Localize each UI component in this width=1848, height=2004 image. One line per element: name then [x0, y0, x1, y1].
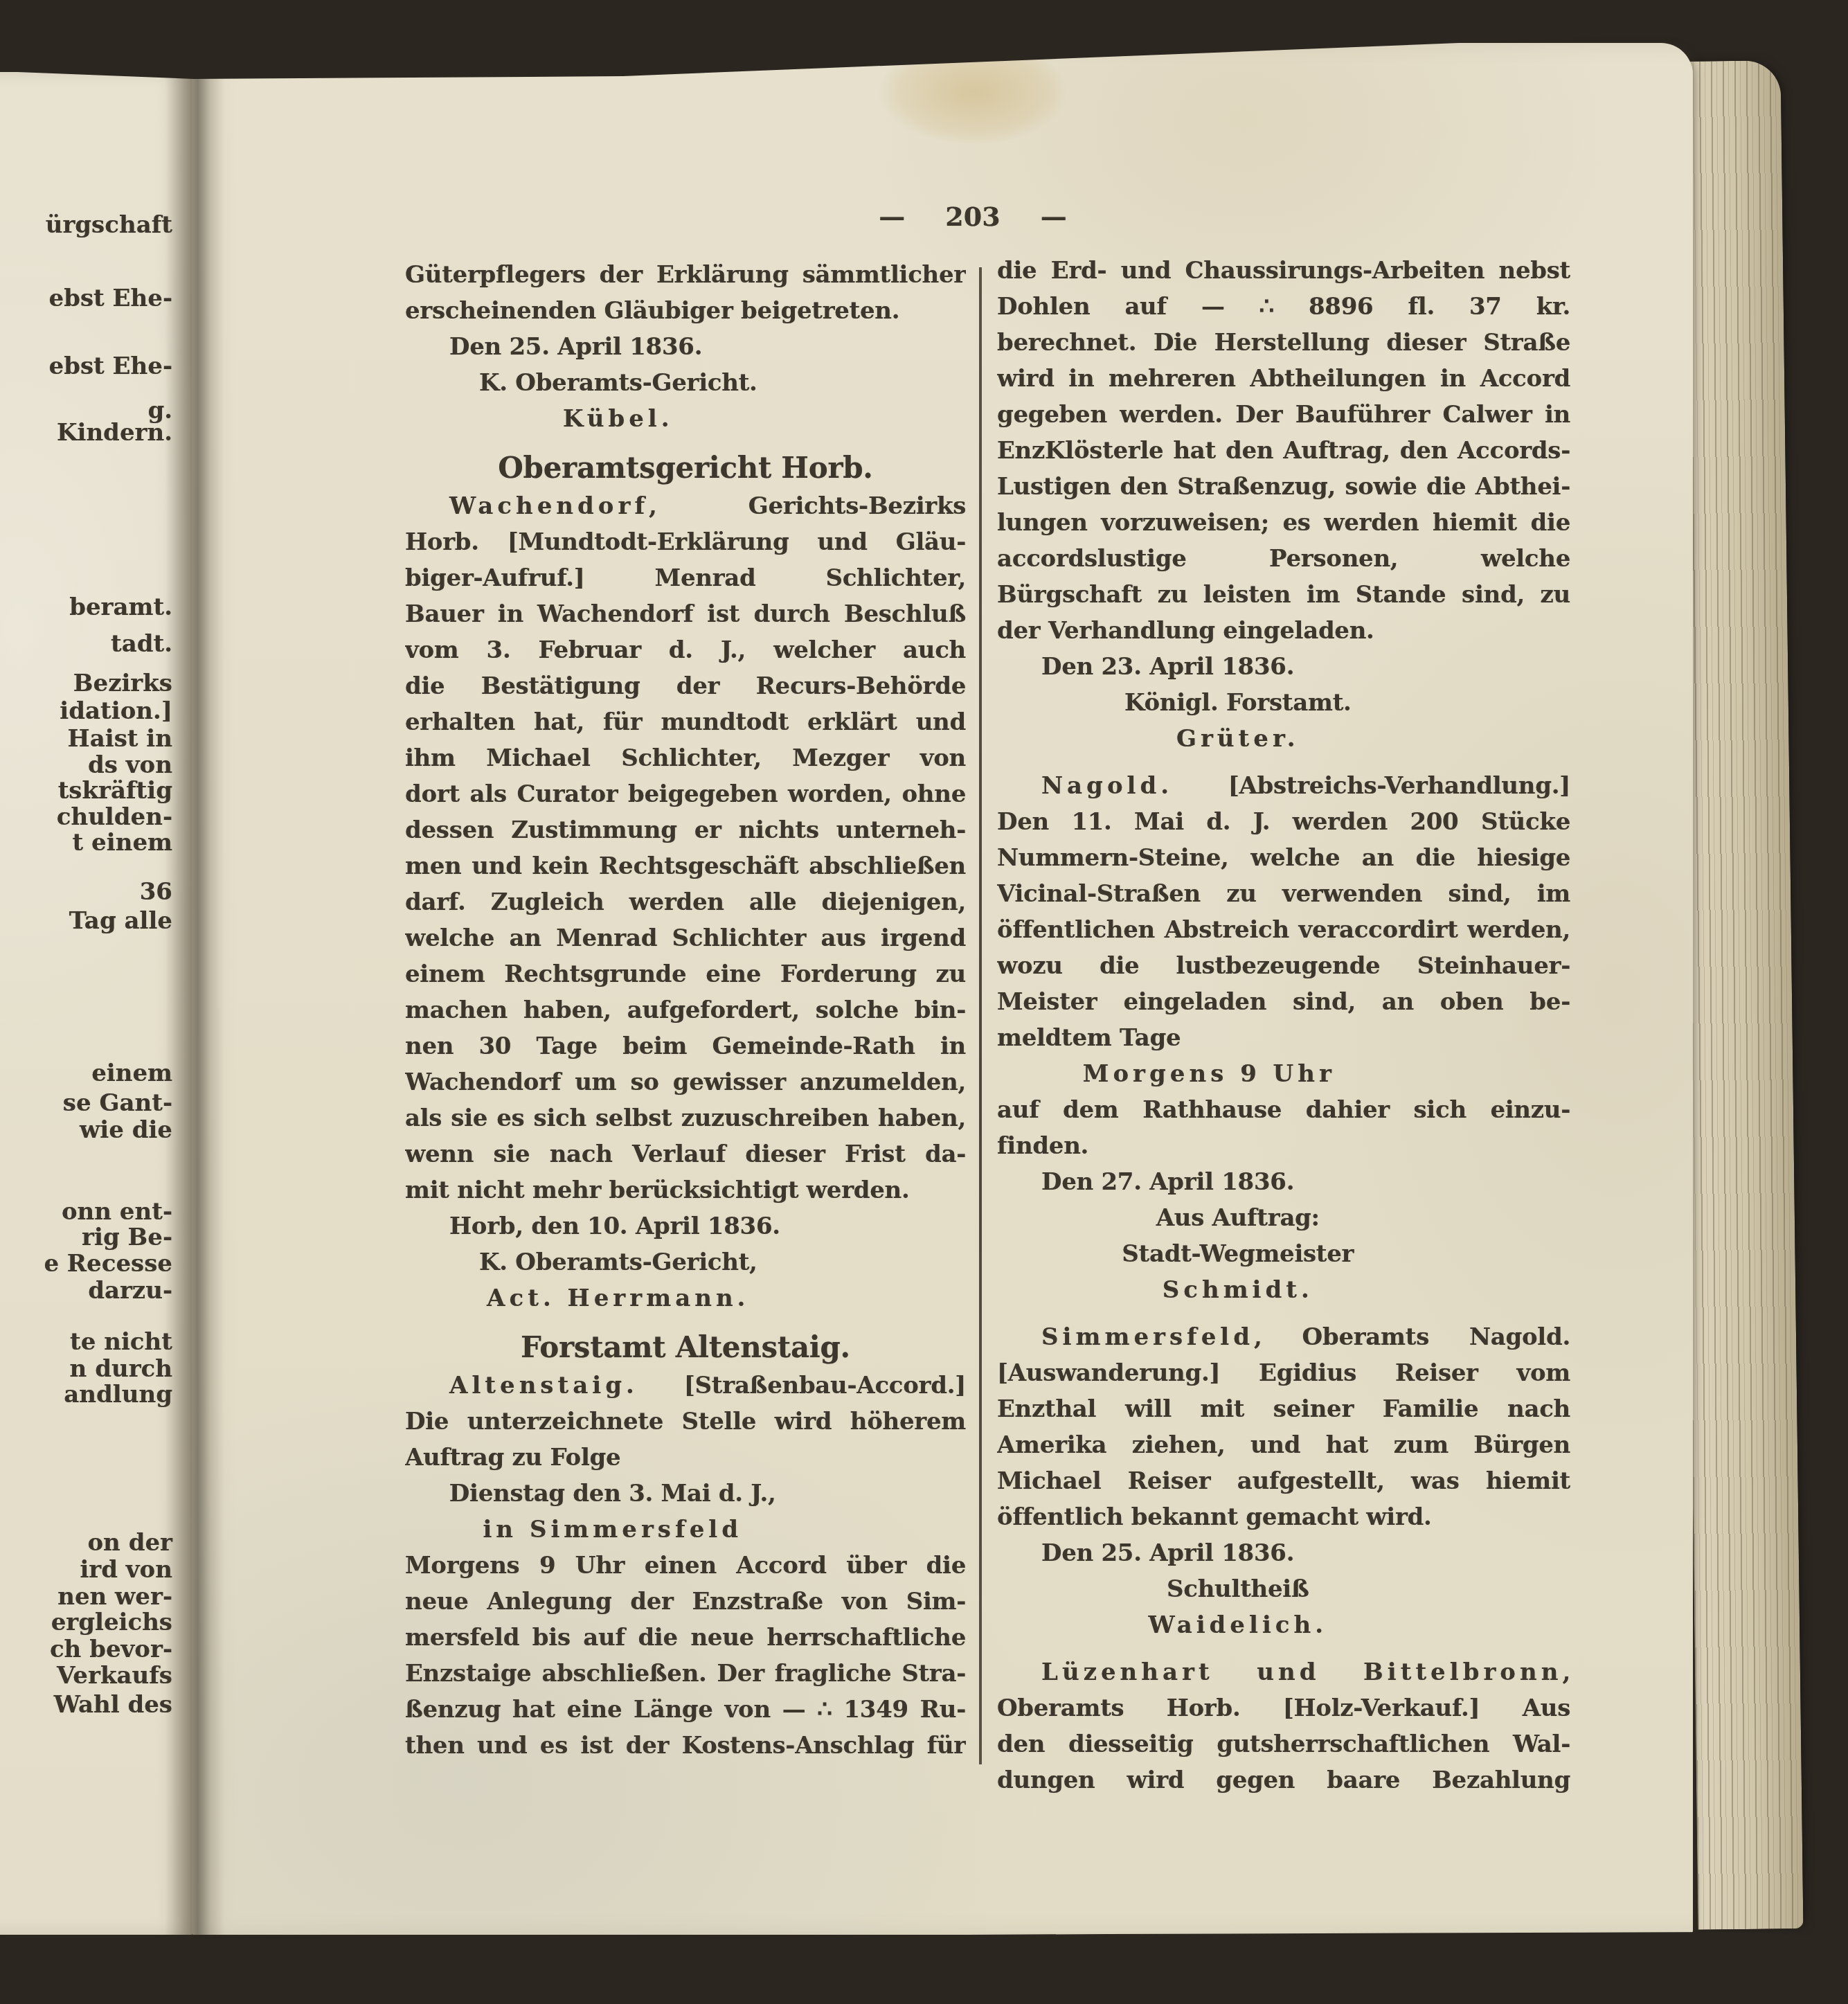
- text-line: Den 27. April 1836.: [997, 1164, 1570, 1200]
- cut-off-text-fragment: t einem: [73, 825, 172, 861]
- text-line: Dohlen auf — ∴ 8896 fl. 37 kr.: [997, 289, 1570, 325]
- text-line: lungen vorzuweisen; es werden hiemit die: [997, 505, 1570, 541]
- text-line: berechnet. Die Herstellung dieser Straße: [997, 325, 1570, 361]
- text-line: der Verhandlung eingeladen.: [997, 613, 1570, 649]
- text-line: Lüzenhart und Bittelbronn,: [997, 1654, 1570, 1690]
- text-line: in Simmersfeld: [405, 1512, 820, 1548]
- text-line: Nagold. [Abstreichs-Verhandlung.]: [997, 768, 1570, 804]
- cut-off-text-fragment: Tag alle: [69, 903, 172, 939]
- text-line: Die unterzeichnete Stelle wird höherem: [405, 1404, 966, 1440]
- text-line: Horb, den 10. April 1836.: [405, 1208, 966, 1244]
- cut-off-text-fragment: Kindern.: [57, 415, 172, 451]
- text-line: als sie es sich selbst zuzuschreiben hab…: [405, 1100, 966, 1136]
- text-line: vom 3. Februar d. J., welcher auch: [405, 632, 966, 668]
- notice-paragraph: Altenstaig. [Straßenbau-Accord.]Die unte…: [405, 1368, 966, 1764]
- section-heading: Forstamt Altenstaig.: [405, 1327, 966, 1368]
- text-line: Dienstag den 3. Mai d. J.,: [405, 1476, 820, 1512]
- text-line: auf dem Rathhause dahier sich einzu-: [997, 1092, 1570, 1128]
- text-line: öffentlichen Abstreich veraccordirt werd…: [997, 912, 1570, 948]
- text-line: Den 23. April 1836.: [997, 649, 1570, 685]
- text-line: welche an Menrad Schlichter aus irgend: [405, 920, 966, 956]
- text-line: gegeben werden. Der Bauführer Calwer in: [997, 397, 1570, 433]
- column-divider-rule: [979, 267, 982, 1764]
- page-number: — 203 —: [869, 201, 1077, 232]
- text-line: dort als Curator beigegeben worden, ohne: [405, 776, 966, 812]
- text-line: Enzstaige abschließen. Der fragliche Str…: [405, 1656, 966, 1692]
- cut-off-text-fragment: ebst Ehe-: [49, 348, 172, 384]
- cut-off-text-fragment: andlung: [64, 1377, 172, 1413]
- text-line: Morgens 9 Uhr: [997, 1056, 1421, 1092]
- text-line: Waidelich.: [1032, 1607, 1444, 1643]
- text-line: erscheinenden Gläubiger beigetreten.: [405, 293, 966, 329]
- text-line: Lustigen den Straßenzug, sowie die Abthe…: [997, 469, 1570, 505]
- text-line: Schmidt.: [1032, 1272, 1444, 1308]
- text-line: Act. Herrmann.: [416, 1280, 820, 1316]
- text-line: dessen Zustimmung er nichts unterneh-: [405, 812, 966, 848]
- page-edges-stack: [1676, 60, 1804, 1930]
- text-line: Vicinal-Straßen zu verwenden sind, im: [997, 876, 1570, 912]
- text-line: die Bestätigung der Recurs-Behörde: [405, 668, 966, 704]
- text-line: öffentlich bekannt gemacht wird.: [997, 1499, 1570, 1535]
- section-heading: Oberamtsgericht Horb.: [405, 448, 966, 488]
- notice-paragraph: Güterpflegers der Erklärung sämmtlichere…: [405, 257, 966, 437]
- text-line: Kübel.: [416, 401, 820, 437]
- text-line: Wachendorf um so gewisser anzumelden,: [405, 1064, 966, 1100]
- text-line: Den 25. April 1836.: [405, 329, 966, 365]
- text-line: Morgens 9 Uhr einen Accord über die: [405, 1548, 966, 1584]
- text-line: einem Rechtsgrunde eine Forderung zu: [405, 956, 966, 992]
- text-line: Nummern-Steine, welche an die hiesige: [997, 840, 1570, 876]
- text-line: wird in mehreren Abtheilungen in Accord: [997, 361, 1570, 397]
- cut-off-text-fragment: darzu-: [88, 1273, 172, 1309]
- text-line: Simmersfeld, Oberamts Nagold.: [997, 1319, 1570, 1355]
- notice-paragraph: Lüzenhart und Bittelbronn,Oberamts Horb.…: [997, 1654, 1570, 1798]
- text-line: darf. Zugleich werden alle diejenigen,: [405, 884, 966, 920]
- text-line: Aus Auftrag:: [1032, 1200, 1444, 1236]
- text-line: den diesseitig gutsherrschaftlichen Wal-: [997, 1726, 1570, 1762]
- text-line: meldtem Tage: [997, 1020, 1570, 1056]
- notice-paragraph: die Erd- und Chaussirungs-Arbeiten nebst…: [997, 253, 1570, 757]
- page-number-value: 203: [945, 201, 1000, 232]
- text-line: wenn sie nach Verlauf dieser Frist da-: [405, 1136, 966, 1172]
- cut-off-text-fragment: tadt.: [111, 626, 172, 662]
- text-line: men und kein Rechtsgeschäft abschließen: [405, 848, 966, 884]
- text-line: Oberamts Horb. [Holz-Verkauf.] Aus: [997, 1690, 1570, 1726]
- book-page: — 203 — Güterpflegers der Erklärung sämm…: [192, 43, 1693, 1935]
- left-text-column: Güterpflegers der Erklärung sämmtlichere…: [405, 257, 966, 1764]
- text-line: Michael Reiser aufgestellt, was hiemit: [997, 1463, 1570, 1499]
- notice-paragraph: Nagold. [Abstreichs-Verhandlung.]Den 11.…: [997, 768, 1570, 1308]
- text-line: Schultheiß: [1032, 1571, 1444, 1607]
- cut-off-text-fragment: ebst Ehe-: [49, 280, 172, 316]
- text-line: biger-Aufruf.] Menrad Schlichter,: [405, 560, 966, 596]
- cut-off-text-fragment: wie die: [80, 1112, 172, 1148]
- text-line: neue Anlegung der Enzstraße von Sim-: [405, 1584, 966, 1620]
- text-line: dungen wird gegen baare Bezahlung: [997, 1762, 1570, 1798]
- text-line: Altenstaig. [Straßenbau-Accord.]: [405, 1368, 966, 1404]
- text-line: Amerika ziehen, und hat zum Bürgen: [997, 1427, 1570, 1463]
- right-text-column: die Erd- und Chaussirungs-Arbeiten nebst…: [997, 253, 1570, 1798]
- text-line: [Auswanderung.] Egidius Reiser vom: [997, 1355, 1570, 1391]
- page-number-dash-left: —: [879, 201, 905, 232]
- text-line: ihm Michael Schlichter, Mezger von: [405, 740, 966, 776]
- text-line: nen 30 Tage beim Gemeinde-Rath in: [405, 1028, 966, 1064]
- text-line: mersfeld bis auf die neue herrschaftlich…: [405, 1620, 966, 1656]
- text-line: mit nicht mehr berücksichtigt werden.: [405, 1172, 966, 1208]
- text-line: die Erd- und Chaussirungs-Arbeiten nebst: [997, 253, 1570, 289]
- text-line: Auftrag zu Folge: [405, 1440, 966, 1476]
- photo-background-bottom: [0, 1932, 1848, 2004]
- notice-paragraph: Simmersfeld, Oberamts Nagold.[Auswanderu…: [997, 1319, 1570, 1643]
- text-line: accordslustige Personen, welche genügend…: [997, 541, 1570, 577]
- text-line: Güterpflegers der Erklärung sämmtlicher: [405, 257, 966, 293]
- text-line: Bürgschaft zu leisten im Stande sind, zu: [997, 577, 1570, 613]
- notice-paragraph: Wachendorf, Gerichts-BezirksHorb. [Mundt…: [405, 488, 966, 1316]
- cut-off-text-fragment: ürgschaft: [46, 207, 172, 243]
- text-line: Königl. Forstamt.: [1032, 685, 1444, 721]
- text-line: Stadt-Wegmeister: [1032, 1236, 1444, 1272]
- text-line: Bauer in Wachendorf ist durch Beschluß: [405, 596, 966, 632]
- text-line: EnzKlösterle hat den Auftrag, den Accord…: [997, 433, 1570, 469]
- text-line: then und es ist der Kostens-Anschlag für: [405, 1728, 966, 1764]
- text-line: machen haben, aufgefordert, solche bin-: [405, 992, 966, 1028]
- text-line: Den 11. Mai d. J. werden 200 Stücke: [997, 804, 1570, 840]
- text-line: Den 25. April 1836.: [997, 1535, 1570, 1571]
- cut-off-text-fragment: beramt.: [69, 589, 172, 625]
- text-line: Enzthal will mit seiner Familie nach: [997, 1391, 1570, 1427]
- text-line: Horb. [Mundtodt-Erklärung und Gläu-: [405, 524, 966, 560]
- text-line: wozu die lustbezeugende Steinhauer-: [997, 948, 1570, 984]
- text-line: Grüter.: [1032, 721, 1444, 757]
- text-line: finden.: [997, 1128, 1570, 1164]
- text-line: K. Oberamts-Gericht,: [416, 1244, 820, 1280]
- text-line: Meister eingeladen sind, an oben be-: [997, 984, 1570, 1020]
- previous-page-sliver: ürgschaftebst Ehe-ebst Ehe-g.Kindern.ber…: [0, 72, 192, 1935]
- text-line: Wachendorf, Gerichts-Bezirks: [405, 488, 966, 524]
- text-line: K. Oberamts-Gericht.: [416, 365, 820, 401]
- text-line: erhalten hat, für mundtodt erklärt und: [405, 704, 966, 740]
- page-number-dash-right: —: [1041, 201, 1067, 232]
- cut-off-text-fragment: Wahl des: [54, 1687, 172, 1723]
- text-line: ßenzug hat eine Länge von — ∴ 1349 Ru-: [405, 1692, 966, 1728]
